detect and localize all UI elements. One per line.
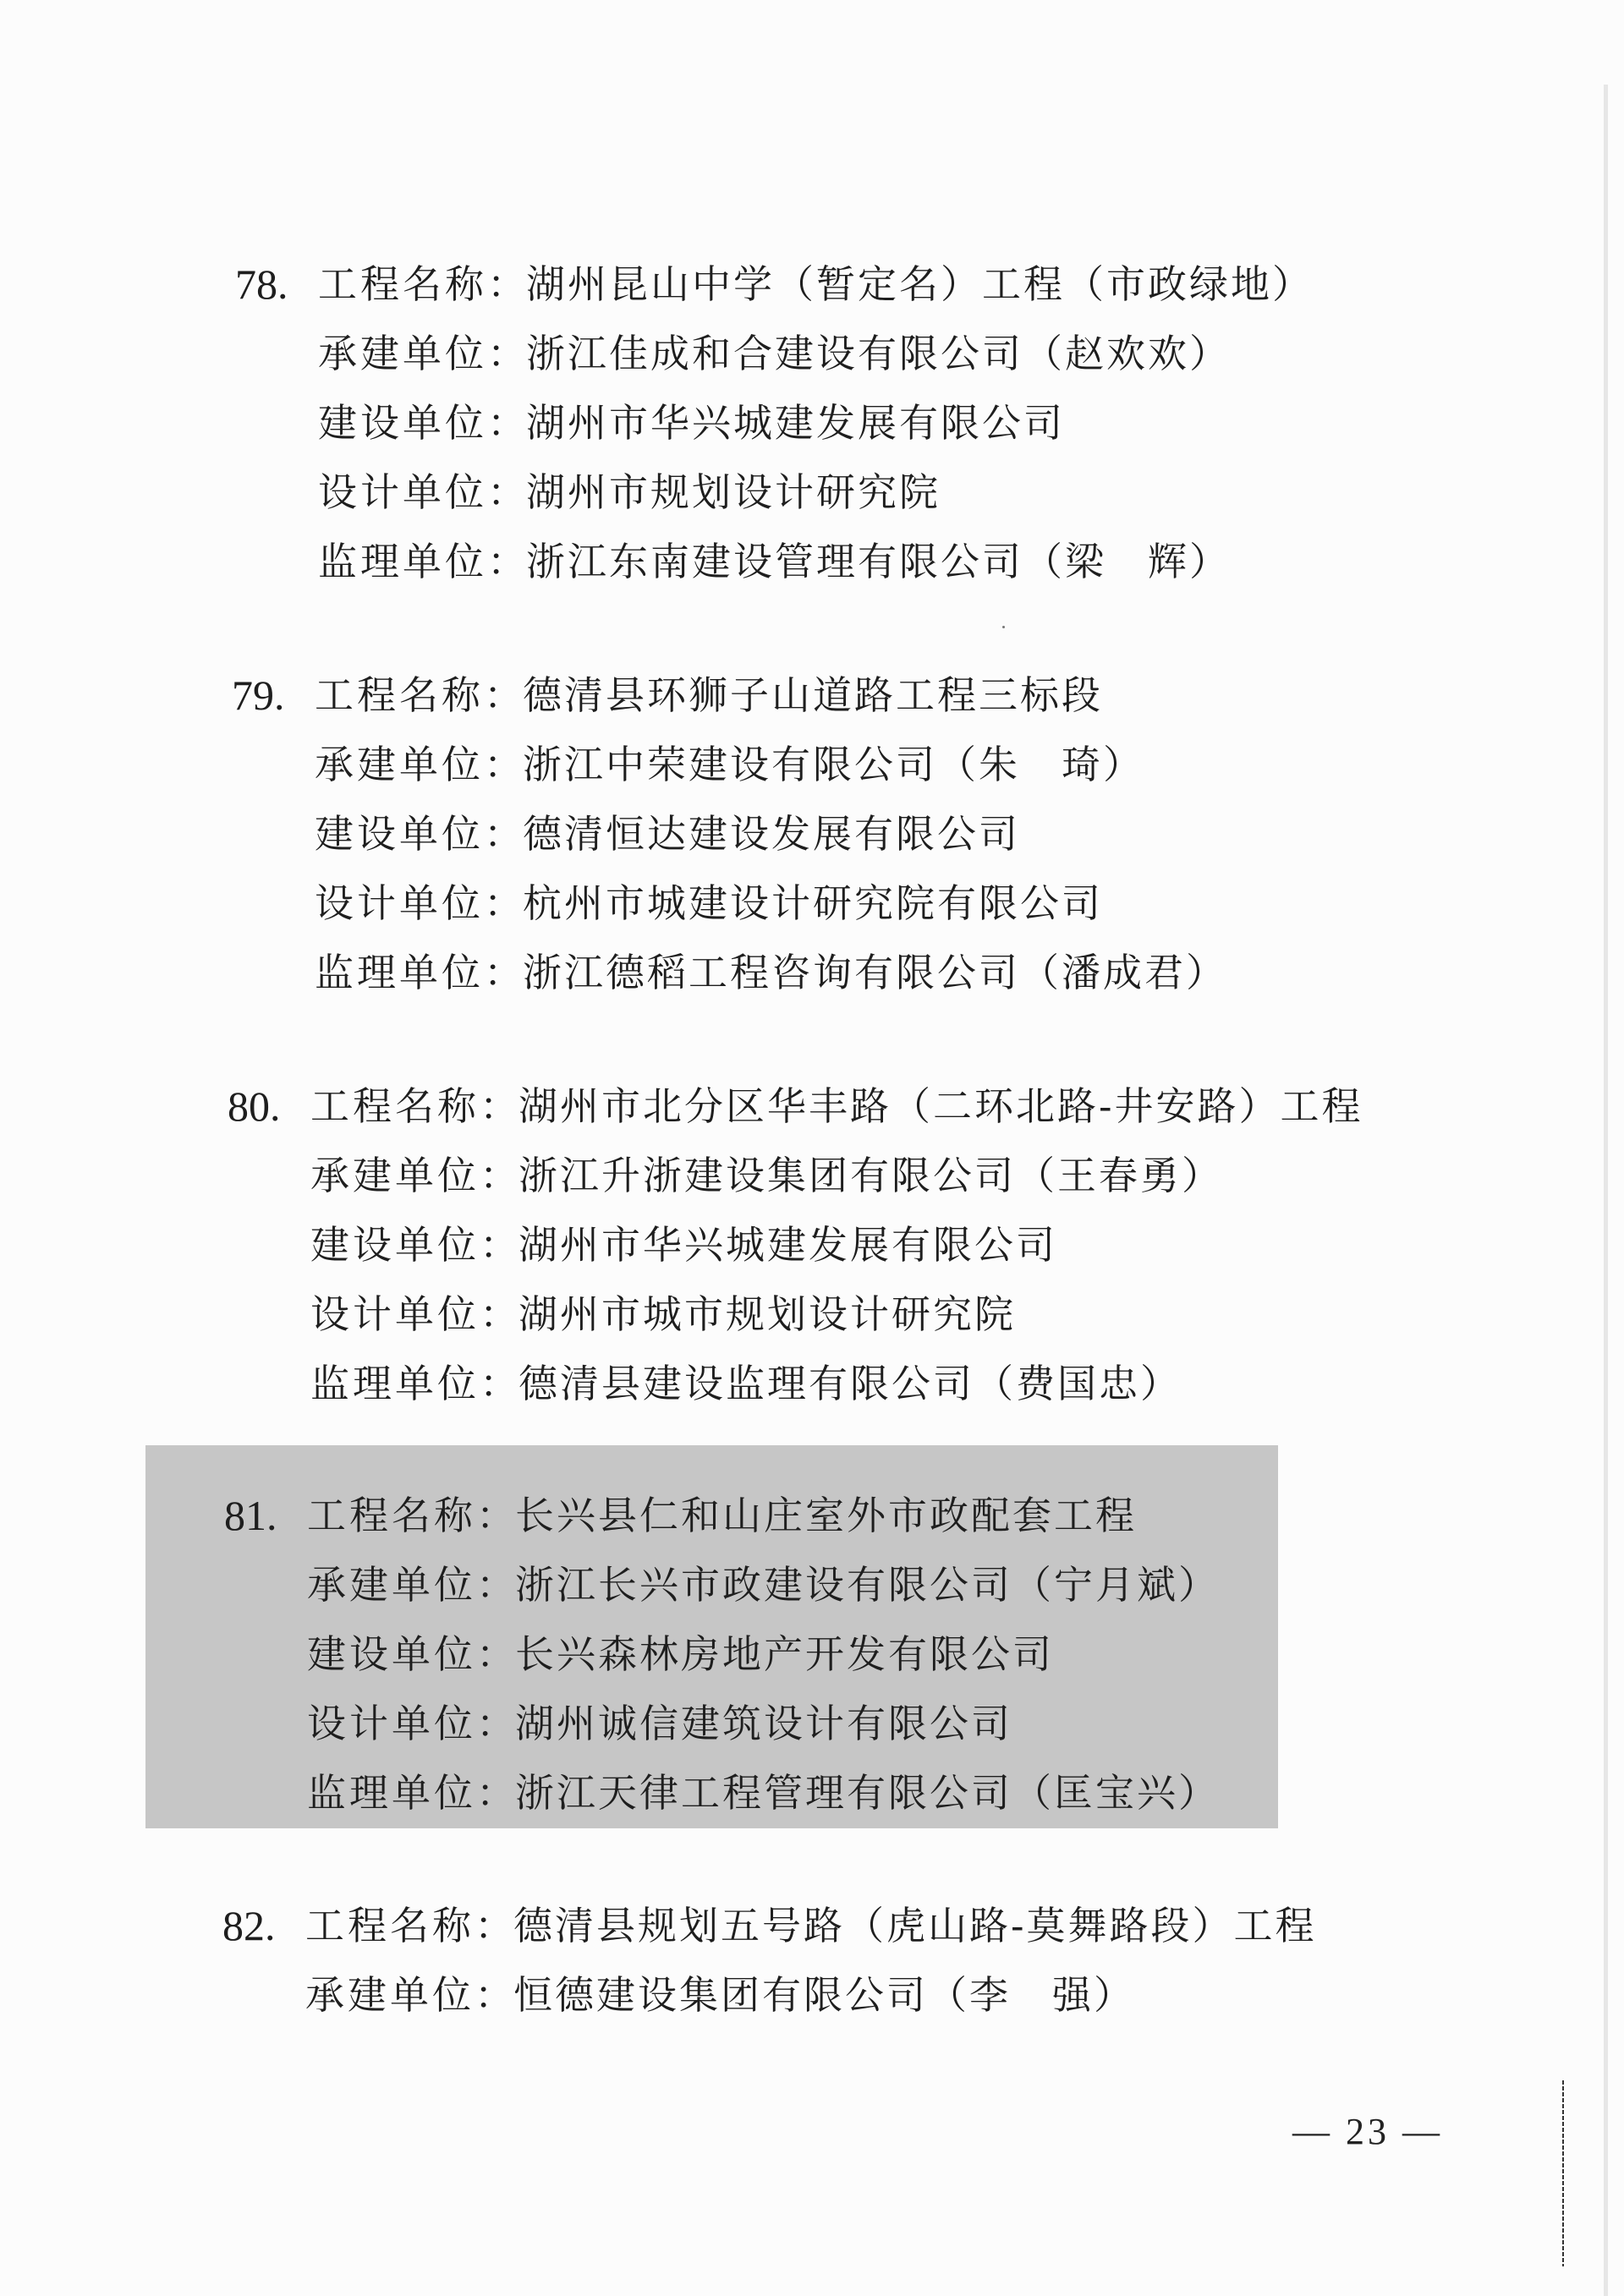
project-name-label: 工程名称： [318, 259, 529, 310]
designer-value: 湖州市规划设计研究院 [526, 467, 941, 518]
supervisor-label: 监理单位： [310, 1358, 522, 1409]
designer-value: 杭州市城建设计研究院有限公司 [523, 878, 1103, 929]
page-number: — 23 — [1292, 2110, 1443, 2153]
entry-number: 79. [232, 670, 285, 721]
supervisor-label: 监理单位： [307, 1767, 518, 1818]
contractor-label: 承建单位： [315, 739, 526, 790]
supervisor-value: 德清县建设监理有限公司（费国忠） [518, 1358, 1182, 1409]
project-name-value: 湖州昆山中学（暂定名）工程（市政绿地） [526, 259, 1314, 310]
designer-label: 设计单位： [310, 1289, 522, 1340]
supervisor-label: 监理单位： [318, 536, 529, 587]
supervisor-value: 浙江天律工程管理有限公司（匡宝兴） [515, 1767, 1220, 1818]
document-page: 78. 工程名称： 湖州昆山中学（暂定名）工程（市政绿地） 承建单位： 浙江佳成… [0, 0, 1624, 2296]
project-name-value: 长兴县仁和山庄室外市政配套工程 [515, 1490, 1137, 1541]
contractor-label: 承建单位： [305, 1970, 517, 2020]
contractor-value: 浙江升浙建设集团有限公司（王春勇） [518, 1150, 1223, 1201]
supervisor-value: 浙江东南建设管理有限公司（梁 辉） [526, 536, 1231, 587]
contractor-label: 承建单位： [318, 328, 529, 379]
developer-value: 长兴森林房地产开发有限公司 [515, 1629, 1054, 1680]
project-name-label: 工程名称： [310, 1081, 522, 1132]
contractor-value: 浙江中荣建设有限公司（朱 琦） [523, 739, 1144, 790]
entry-number: 80. [228, 1081, 281, 1132]
supervisor-value: 浙江德稻工程咨询有限公司（潘成君） [523, 947, 1227, 998]
contractor-label: 承建单位： [307, 1559, 518, 1610]
designer-label: 设计单位： [307, 1698, 518, 1749]
designer-value: 湖州市城市规划设计研究院 [518, 1289, 1016, 1340]
developer-value: 德清恒达建设发展有限公司 [523, 808, 1020, 859]
project-name-label: 工程名称： [315, 670, 526, 721]
developer-value: 湖州市华兴城建发展有限公司 [518, 1219, 1057, 1270]
project-name-value: 德清县环狮子山道路工程三标段 [523, 670, 1103, 721]
contractor-value: 恒德建设集团有限公司（李 强） [513, 1970, 1135, 2020]
contractor-value: 浙江长兴市政建设有限公司（宁月斌） [515, 1559, 1220, 1610]
designer-label: 设计单位： [318, 467, 529, 518]
supervisor-label: 监理单位： [315, 947, 526, 998]
scan-speck [1002, 626, 1005, 628]
binding-edge-line [1562, 2080, 1564, 2266]
designer-value: 湖州诚信建筑设计有限公司 [515, 1698, 1012, 1749]
entry-number: 82. [222, 1900, 276, 1951]
developer-label: 建设单位： [307, 1629, 518, 1680]
designer-label: 设计单位： [315, 878, 526, 929]
developer-value: 湖州市华兴城建发展有限公司 [526, 397, 1065, 448]
contractor-value: 浙江佳成和合建设有限公司（赵欢欢） [526, 328, 1231, 379]
developer-label: 建设单位： [318, 397, 529, 448]
project-name-value: 德清县规划五号路（虎山路-莫舞路段）工程 [513, 1900, 1317, 1951]
scan-edge-shade [1604, 85, 1608, 2296]
contractor-label: 承建单位： [310, 1150, 522, 1201]
project-name-value: 湖州市北分区华丰路（二环北路-井安路）工程 [518, 1081, 1363, 1132]
entry-number: 81. [224, 1490, 277, 1541]
project-name-label: 工程名称： [307, 1490, 518, 1541]
developer-label: 建设单位： [315, 808, 526, 859]
entry-number: 78. [235, 259, 288, 310]
project-name-label: 工程名称： [305, 1900, 517, 1951]
developer-label: 建设单位： [310, 1219, 522, 1270]
